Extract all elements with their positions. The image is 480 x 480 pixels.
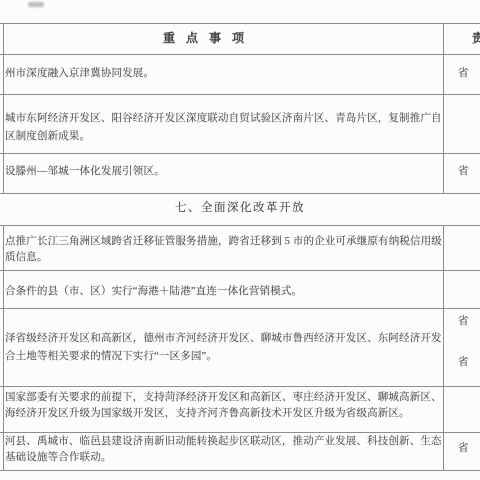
section-heading: 七、全面深化改革开放 — [0, 201, 480, 215]
task-text-line: 质信息。 — [5, 251, 441, 264]
table-column-divider — [443, 225, 444, 471]
task-text-line: 合土地等相关要求的情况下实行“一区多园”。 — [5, 350, 441, 363]
task-text-line: 州市深度融入京津冀协同发展。 — [5, 67, 441, 80]
table-border-row — [0, 54, 480, 55]
task-text-line: 设滕州—邹城一体化发展引领区。 — [5, 165, 441, 178]
responsible-unit-partial: 省 — [458, 67, 469, 80]
task-text-line: 点推广长江三角洲区域跨省迁移征管服务措施，跨省迁移到 5 市的企业可承继原有纳税… — [5, 235, 441, 248]
task-text-line: 城市东阿经济开发区、阳谷经济开发区深度联动自贸试验区济南片区、青岛片区，复制推广… — [5, 112, 441, 125]
column-header-responsible-partial: 责 — [472, 31, 480, 46]
table-border-row — [0, 270, 480, 271]
table-border-bottom — [0, 470, 480, 471]
table-border-row — [0, 153, 480, 154]
table-border-left — [3, 225, 4, 471]
table-border-row — [0, 386, 480, 387]
task-text-line: 合条件的县（市、区）实行“海港＋陆港”直连一体化营销模式。 — [5, 285, 441, 298]
table-border-row — [0, 94, 480, 95]
scan-smudge — [28, 2, 44, 7]
column-header-key-items: 重点事项 — [0, 31, 429, 46]
responsible-unit-partial: 省 — [458, 315, 469, 328]
task-text-line: 基础设施等合作联动。 — [5, 451, 441, 464]
responsible-unit-partial: 省 — [458, 442, 469, 455]
responsible-unit-partial: 省 — [458, 165, 469, 178]
task-text-line: 国家部委有关要求的前提下，支持菏泽经济开发区和高新区、枣庄经济开发区、聊城高新区… — [5, 391, 441, 404]
table-border-left — [3, 23, 4, 194]
table-border-top — [0, 225, 480, 226]
table-border-bottom — [0, 193, 480, 194]
table-border-row — [0, 432, 480, 433]
scanned-document-page: 重点事项 责 州市深度融入京津冀协同发展。 省 城市东阿经济开发区、阳谷经济开发… — [0, 0, 480, 480]
task-text-line: 河县、禹城市、临邑县建设济南新旧动能转换起步区联动区，推动产业发展、科技创新、生… — [5, 435, 441, 448]
table-border-top — [0, 23, 480, 24]
task-text-line: 泽省级经济开发区和高新区，德州市齐河经济开发区、聊城市鲁西经济开发区、东阿经济开… — [5, 332, 441, 345]
task-text-line: 区制度创新成果。 — [5, 130, 441, 143]
task-text-line: 海经济开发区升级为国家级开发区，支持齐河齐鲁高新技术开发区升级为省级高新区。 — [5, 407, 441, 420]
table-border-row — [0, 308, 480, 309]
table-column-divider — [443, 23, 444, 194]
responsible-unit-partial: 省 — [458, 356, 469, 369]
